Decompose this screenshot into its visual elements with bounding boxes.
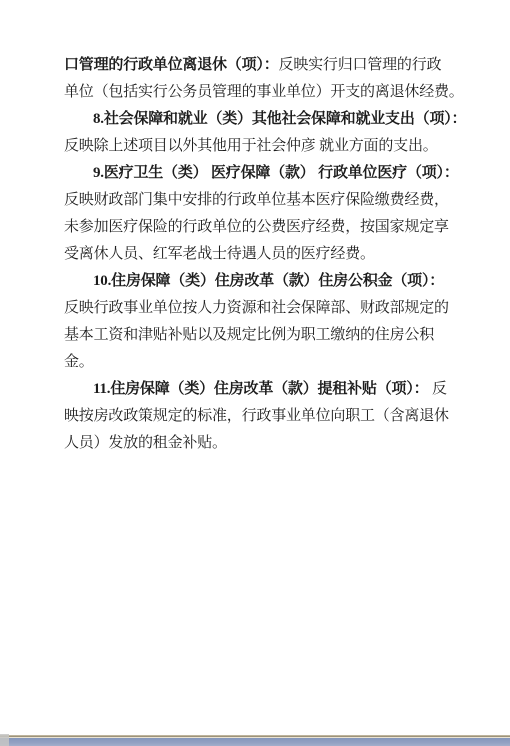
body-run: 反 — [428, 381, 446, 397]
body-run: 反映除上述项目以外其他用于社会仲彦 就业方面的支出。 — [64, 138, 438, 154]
text-line: 人员）发放的租金补贴。 — [64, 430, 450, 457]
border-blue-band — [0, 738, 510, 746]
text-line: 反映行政事业单位按人力资源和社会保障部、财政部规定的 — [64, 295, 450, 322]
text-line: 9.医疗卫生（类） 医疗保障（款） 行政单位医疗（项）： — [64, 160, 450, 187]
heading-run: 9.医疗卫生（类） 医疗保障（款） 行政单位医疗（项）： — [93, 165, 459, 181]
body-run: 映按房改政策规定的标准，行政事业单位向职工（含离退休 — [64, 408, 449, 424]
body-run: 反映行政事业单位按人力资源和社会保障部、财政部规定的 — [64, 300, 449, 316]
body-run: 未参加医疗保险的行政单位的公费医疗经费，按国家规定享 — [64, 219, 449, 235]
body-run: 基本工资和津贴补贴以及规定比例为职工缴纳的住房公积 — [64, 327, 434, 343]
heading-run: 10.住房保障（类）住房改革（款）住房公积金（项）： — [93, 273, 444, 289]
heading-run: 8.社会保障和就业（类）其他社会保障和就业支出（项）： — [93, 111, 466, 127]
text-line: 8.社会保障和就业（类）其他社会保障和就业支出（项）： — [64, 106, 450, 133]
text-line: 未参加医疗保险的行政单位的公费医疗经费，按国家规定享 — [64, 214, 450, 241]
body-run: 反映财政部门集中安排的行政单位基本医疗保险缴费经费， — [64, 192, 449, 208]
text-line: 基本工资和津贴补贴以及规定比例为职工缴纳的住房公积 — [64, 322, 450, 349]
text-line: 反映财政部门集中安排的行政单位基本医疗保险缴费经费， — [64, 187, 450, 214]
heading-run: 口管理的行政单位离退休（项）： — [64, 57, 279, 73]
body-run: 单位（包括实行公务员管理的事业单位）开支的离退休经费。 — [64, 84, 464, 100]
text-line: 单位（包括实行公务员管理的事业单位）开支的离退休经费。 — [64, 79, 450, 106]
heading-run: 11.住房保障（类）住房改革（款）提租补贴（项）： — [93, 381, 428, 397]
body-run: 受离休人员、红军老战士待遇人员的医疗经费。 — [64, 246, 375, 262]
document-page: 口管理的行政单位离退休（项）：反映实行归口管理的行政单位（包括实行公务员管理的事… — [0, 0, 510, 746]
body-run: 反映实行归口管理的行政 — [279, 57, 442, 73]
page-bottom-border — [0, 733, 510, 746]
body-run: 金。 — [64, 354, 94, 370]
text-line: 受离休人员、红军老战士待遇人员的医疗经费。 — [64, 241, 450, 268]
text-line: 11.住房保障（类）住房改革（款）提租补贴（项）： 反 — [64, 376, 450, 403]
body-run: 人员）发放的租金补贴。 — [64, 435, 227, 451]
text-line: 映按房改政策规定的标准，行政事业单位向职工（含离退休 — [64, 403, 450, 430]
scan-corner-artifact — [0, 734, 9, 746]
text-line: 反映除上述项目以外其他用于社会仲彦 就业方面的支出。 — [64, 133, 450, 160]
text-line: 口管理的行政单位离退休（项）：反映实行归口管理的行政 — [64, 52, 450, 79]
text-line: 金。 — [64, 349, 450, 376]
document-text: 口管理的行政单位离退休（项）：反映实行归口管理的行政单位（包括实行公务员管理的事… — [64, 52, 450, 457]
text-line: 10.住房保障（类）住房改革（款）住房公积金（项）： — [64, 268, 450, 295]
